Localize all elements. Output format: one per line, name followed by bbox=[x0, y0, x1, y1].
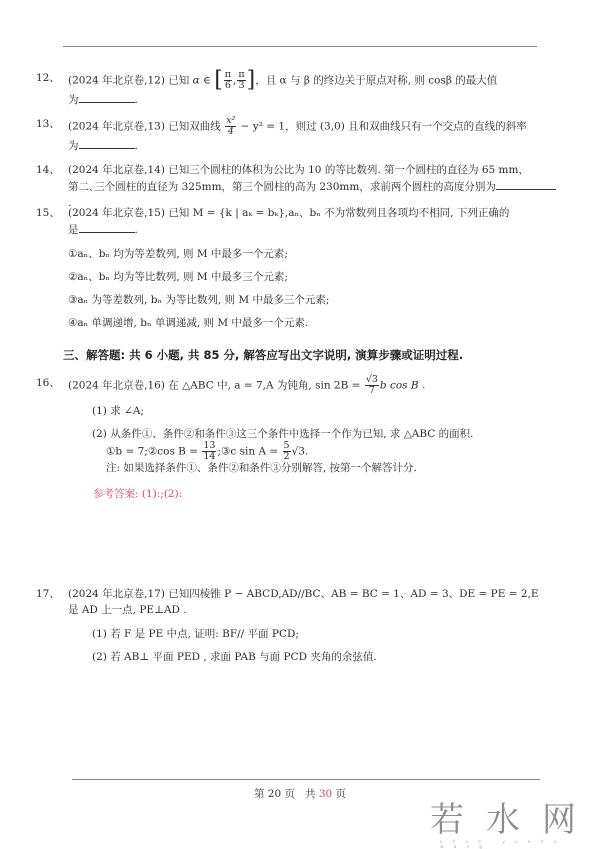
question-17: 17、 (2024 年北京卷,17) 已知四棱锥 P − ABCD,AD//BC… bbox=[36, 586, 556, 618]
question-text: (2024 年北京卷,13) 已知双曲线 bbox=[68, 121, 224, 133]
answer-blank[interactable] bbox=[79, 137, 135, 149]
page-total-label: 共 bbox=[305, 788, 319, 800]
question-text: (2024 年北京卷,16) 在 △ABC 中, a = 7,A 为钝角, si… bbox=[68, 380, 364, 392]
answer-blank[interactable] bbox=[79, 221, 135, 233]
question-text: (2024 年北京卷,15) 已知 M = {k | aₖ = bₖ},aₙ、b… bbox=[68, 207, 509, 219]
reference-answer: 参考答案: (1):;(2): bbox=[93, 486, 182, 501]
denominator: 6 bbox=[225, 81, 231, 91]
question-number: 14、 bbox=[36, 162, 66, 178]
fraction: 52 bbox=[283, 441, 291, 462]
denominator: 7 bbox=[369, 386, 375, 396]
watermark-logo: 若水网 shuo yuedu wang bbox=[430, 800, 600, 849]
question-number: 16、 bbox=[36, 375, 66, 391]
denominator: 4 bbox=[228, 127, 234, 137]
question-text: − y² = 1，则过 (3,0) 且和双曲线只有一个交点的直线的斜率 bbox=[237, 121, 526, 133]
question-number: 17、 bbox=[36, 586, 66, 602]
page-number: 第 20 页 bbox=[254, 788, 295, 800]
page-footer: 第 20 页 共 30 页 bbox=[0, 786, 600, 801]
page-total: 30 bbox=[319, 788, 332, 800]
page-total-suffix: 页 bbox=[332, 788, 346, 800]
part-1: (1) 若 F 是 PE 中点, 证明: BF// 平面 PCD; bbox=[92, 627, 299, 641]
option-2: ②aₙ、bₙ 均为等比数列, 则 M 中最多三个元素; bbox=[68, 270, 288, 284]
header-rule bbox=[63, 46, 537, 47]
section-heading: 三、解答题: 共 6 小题, 共 85 分, 解答应写出文字说明, 演算步骤或证… bbox=[63, 347, 463, 363]
question-text: ，且 α 与 β 的终边关于原点对称, 则 cosβ 的最大值 bbox=[255, 75, 497, 87]
conditions: ①b = 7;②cos B = 1314;③c sin A = 52√3. bbox=[106, 441, 308, 462]
question-text: 是 bbox=[68, 224, 79, 236]
question-text: (2024 年北京卷,17) 已知四棱锥 P − ABCD,AD//BC、AB … bbox=[68, 588, 539, 600]
option-1: ①aₙ、bₙ 均为等差数列, 则 M 中最多一个元素; bbox=[68, 247, 288, 261]
math-alpha: α ∈ bbox=[193, 75, 215, 87]
fraction: 1314 bbox=[202, 441, 216, 462]
condition-text: ;③c sin A = bbox=[217, 446, 281, 458]
note: 注: 如果选择条件①、条件②和条件③分别解答, 按第一个解答计分. bbox=[106, 461, 417, 475]
footer-rule bbox=[72, 779, 540, 780]
question-number: 13、 bbox=[36, 116, 66, 132]
condition-text: ①b = 7;②cos B = bbox=[106, 446, 201, 458]
question-text: 第二､三个圆柱的直径为 325mm，第三个圆柱的高为 230mm，求前两个圆柱的… bbox=[68, 181, 496, 193]
watermark-subtext: shuo yuedu wang bbox=[440, 840, 600, 849]
bracket-open: [ bbox=[214, 68, 223, 93]
answer-blank[interactable] bbox=[79, 91, 135, 103]
option-4: ④aₙ 单调递增, bₙ 单调递减, 则 M 中最多一个元素. bbox=[68, 316, 308, 330]
question-text: b cos B . bbox=[380, 380, 425, 392]
question-number: 12、 bbox=[36, 70, 66, 86]
question-15: 15、 (2024 年北京卷,15) 已知 M = {k | aₖ = bₖ},… bbox=[36, 205, 556, 238]
condition-text: √3. bbox=[292, 446, 309, 458]
question-14: 14、 (2024 年北京卷,14) 已知三个圆柱的体积为公比为 10 的等比数… bbox=[36, 162, 556, 211]
fraction: √37 bbox=[365, 375, 379, 396]
fraction: π3 bbox=[237, 70, 245, 91]
question-16: 16、 (2024 年北京卷,16) 在 △ABC 中, a = 7,A 为钝角… bbox=[36, 375, 556, 396]
denominator: 3 bbox=[238, 81, 244, 91]
fraction: π6 bbox=[224, 70, 232, 91]
fraction: x²4 bbox=[225, 116, 236, 137]
question-number: 15、 bbox=[36, 205, 66, 221]
answer-blank[interactable] bbox=[496, 178, 556, 190]
question-text: 是 AD 上一点, PE⊥AD . bbox=[68, 604, 187, 616]
option-3: ③aₙ 为等差数列, bₙ 为等比数列, 则 M 中最多三个元素; bbox=[68, 293, 329, 307]
bracket-close: ] bbox=[247, 68, 256, 93]
question-text: (2024 年北京卷,14) 已知三个圆柱的体积为公比为 10 的等比数列. 第… bbox=[68, 164, 529, 176]
question-text: 为 bbox=[68, 140, 79, 152]
part-2: (2) 若 AB⊥ 平面 PED , 求面 PAB 与面 PCD 夹角的余弦值. bbox=[92, 650, 377, 664]
question-text: 为 bbox=[68, 94, 79, 106]
question-text: (2024 年北京卷,12) 已知 bbox=[68, 75, 193, 87]
part-1: (1) 求 ∠A; bbox=[92, 404, 144, 418]
watermark-text: 若水网 bbox=[430, 800, 600, 840]
question-13: 13、 (2024 年北京卷,13) 已知双曲线 x²4 − y² = 1，则过… bbox=[36, 116, 556, 154]
part-2: (2) 从条件①、条件②和条件③这三个条件中选择一个作为已知, 求 △ABC 的… bbox=[92, 427, 474, 441]
question-12: 12、 (2024 年北京卷,12) 已知 α ∈ [π6,π3]，且 α 与 … bbox=[36, 70, 556, 108]
